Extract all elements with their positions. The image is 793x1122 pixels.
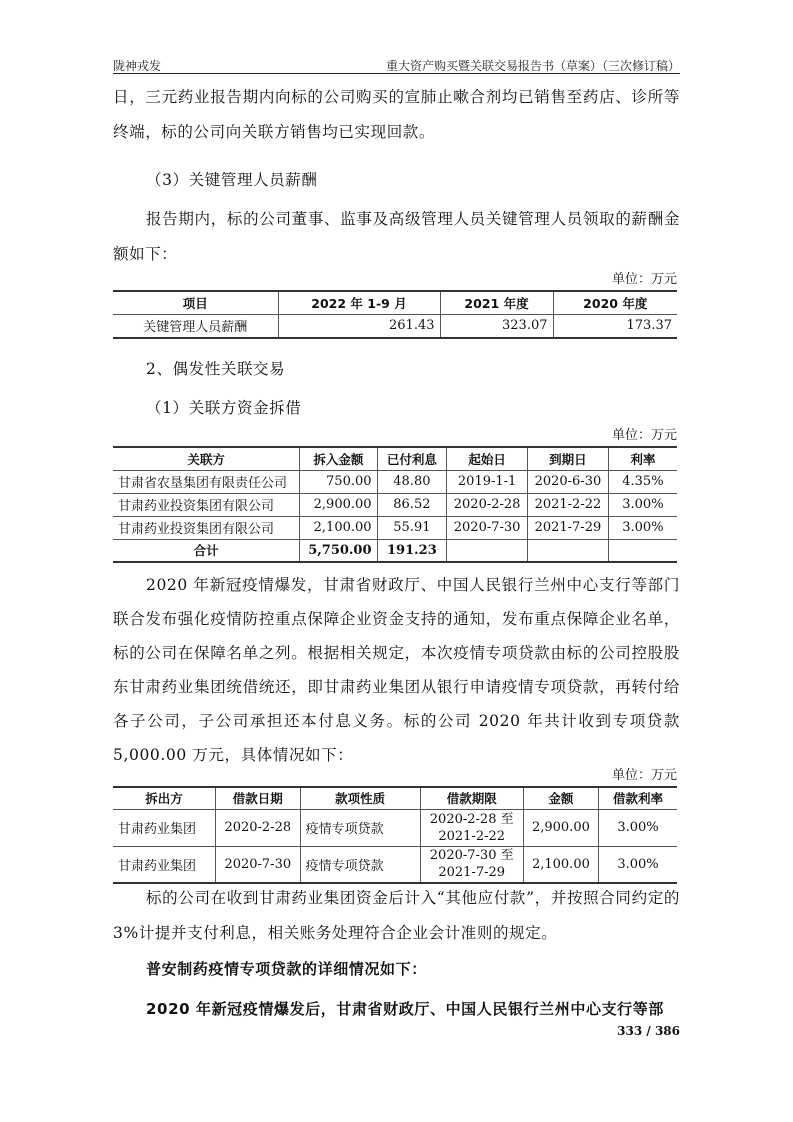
col-header: 2022 年 1-9 月 [278,291,440,314]
table-row: 甘肃药业投资集团有限公司 2,100.00 55.91 2020-7-30 20… [113,516,677,539]
unit-label: 单位：万元 [113,764,677,783]
col-header: 借款期限 [420,787,523,809]
col-header: 项目 [113,291,278,314]
borrowing-table: 关联方 拆入金额 已付利息 起始日 到期日 利率 甘肃省农垦集团有限责任公司 7… [113,446,677,563]
header-divider [113,73,680,74]
col-header: 到期日 [528,447,609,470]
loan-table: 拆出方 借款日期 款项性质 借款期限 金额 借款利率 甘肃药业集团 2020-2… [113,786,677,884]
page-number: 333 / 386 [617,1024,680,1038]
table-row: 甘肃药业集团 2020-7-30 疫情专项贷款 2020-7-30 至2021-… [113,846,677,883]
table-row: 甘肃药业集团 2020-2-28 疫情专项贷款 2020-2-28 至2021-… [113,809,677,846]
col-header: 2020 年度 [553,291,677,314]
col-header: 拆出方 [113,787,215,809]
bold-paragraph-start: 2020 年新冠疫情爆发后，甘肃省财政厅、中国人民银行兰州中心支行等部 [113,992,680,1027]
col-header: 起始日 [447,447,528,470]
bold-heading-details: 普安制药疫情专项贷款的详细情况如下： [146,952,713,987]
table-total-row: 合计 5,750.00 191.23 [113,539,677,562]
paragraph-sales: 日，三元药业报告期内向标的公司购买的宣肺止嗽合剂均已销售至药店、诊所等终端，标的… [113,80,680,150]
col-header: 借款日期 [215,787,300,809]
header-left: 陇神戎发 [113,57,161,74]
paragraph-salary-intro: 报告期内，标的公司董事、监事及高级管理人员关键管理人员领取的薪酬金额如下： [113,202,680,272]
table-row: 甘肃药业投资集团有限公司 2,900.00 86.52 2020-2-28 20… [113,493,677,516]
unit-label: 单位：万元 [113,424,677,443]
salary-table: 项目 2022 年 1-9 月 2021 年度 2020 年度 关键管理人员薪酬… [113,290,677,339]
unit-label: 单位：万元 [113,268,677,287]
paragraph-covid-loan: 2020 年新冠疫情爆发，甘肃省财政厅、中国人民银行兰州中心支行等部门联合发布强… [113,568,680,772]
col-header: 2021 年度 [440,291,553,314]
table-row: 甘肃省农垦集团有限责任公司 750.00 48.80 2019-1-1 2020… [113,470,677,493]
col-header: 已付利息 [377,447,447,470]
col-header: 借款利率 [598,787,677,809]
header-right: 重大资产购买暨关联交易报告书（草案）（三次修订稿） [386,57,680,74]
col-header: 款项性质 [300,787,420,809]
col-header: 金额 [523,787,598,809]
section-heading-incidental: 2、偶发性关联交易 [146,352,713,387]
col-header: 关联方 [113,447,300,470]
section-heading-fund-borrowing: （1）关联方资金拆借 [146,391,713,426]
paragraph-accounting: 标的公司在收到甘肃药业集团资金后计入“其他应付款”，并按照合同约定的 3%计提并… [113,881,680,951]
col-header: 拆入金额 [300,447,377,470]
section-heading-key-management: （3）关键管理人员薪酬 [146,163,713,198]
col-header: 利率 [608,447,677,470]
table-row: 关键管理人员薪酬 261.43 323.07 173.37 [113,314,677,338]
